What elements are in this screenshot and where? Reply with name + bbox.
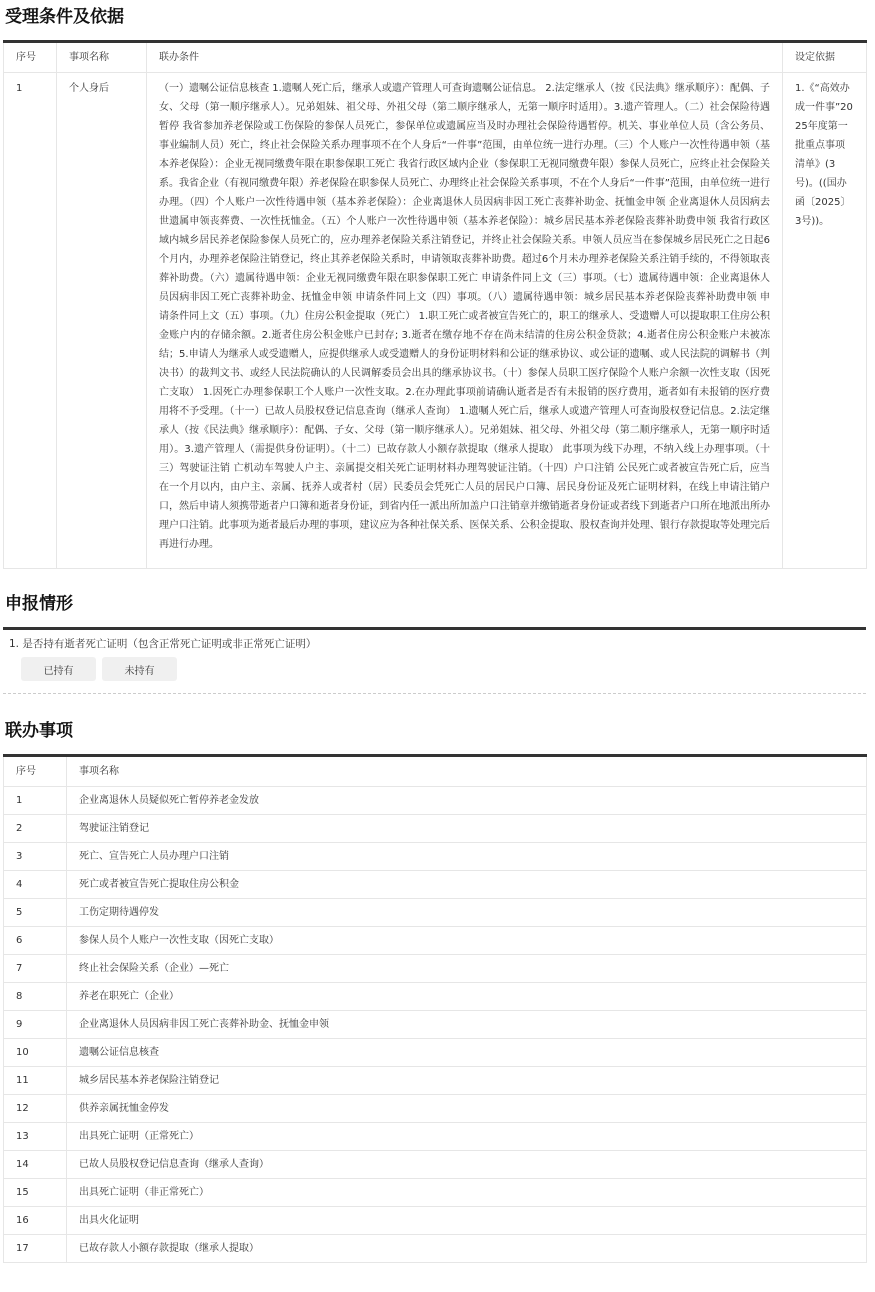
row-item-name: 遗嘱公证信息核查 [67,1039,867,1067]
dashed-divider [3,693,866,694]
table-row: 6参保人员个人账户一次性支取（因死亡支取） [4,927,867,955]
conditions-section-title: 受理条件及依据 [3,0,869,40]
table-row: 14已故人员股权登记信息查询（继承人查询） [4,1151,867,1179]
table-row: 1 个人身后 （一）遗嘱公证信息核查 1.遗嘱人死亡后，继承人或遗产管理人可查询… [4,73,867,569]
table-row: 12供养亲属抚恤金停发 [4,1095,867,1123]
row-index: 12 [4,1095,67,1123]
column-header-item-name: 事项名称 [67,756,867,787]
row-item-name: 死亡、宣告死亡人员办理户口注销 [67,843,867,871]
row-item-name: 已故人员股权登记信息查询（继承人查询） [67,1151,867,1179]
table-row: 9企业离退休人员因病非因工死亡丧葬补助金、抚恤金申领 [4,1011,867,1039]
joint-items-header-row: 序号 事项名称 [4,756,867,787]
declaration-section-title: 申报情形 [3,587,869,627]
table-row: 1企业离退休人员疑似死亡暂停养老金发放 [4,787,867,815]
row-index: 9 [4,1011,67,1039]
question-label: 1. 是否持有逝者死亡证明（包含正常死亡证明或非正常死亡证明） [9,635,866,653]
table-row: 17已故存款人小额存款提取（继承人提取） [4,1235,867,1263]
row-index: 3 [4,843,67,871]
row-legal-basis: 1.《“高效办成一件事”2025年度第一批重点事项清单》(3号)。((国办函〔2… [783,73,867,569]
row-item-name: 出具死亡证明（正常死亡） [67,1123,867,1151]
row-index: 15 [4,1179,67,1207]
row-index: 1 [4,73,57,569]
column-header-index: 序号 [4,756,67,787]
row-index: 4 [4,871,67,899]
table-row: 10遗嘱公证信息核查 [4,1039,867,1067]
question-options: 已持有 未持有 [9,653,866,691]
joint-items-section-title: 联办事项 [3,714,869,754]
table-row: 2驾驶证注销登记 [4,815,867,843]
row-index: 6 [4,927,67,955]
table-row: 16出具火化证明 [4,1207,867,1235]
row-item-name: 企业离退休人员疑似死亡暂停养老金发放 [67,787,867,815]
row-item-name: 企业离退休人员因病非因工死亡丧葬补助金、抚恤金申领 [67,1011,867,1039]
conditions-table: 序号 事项名称 联办条件 设定依据 1 个人身后 （一）遗嘱公证信息核查 1.遗… [3,40,867,569]
table-row: 7终止社会保险关系（企业）—死亡 [4,955,867,983]
row-index: 14 [4,1151,67,1179]
row-item-name: 驾驶证注销登记 [67,815,867,843]
row-item-name: 城乡居民基本养老保险注销登记 [67,1067,867,1095]
row-index: 1 [4,787,67,815]
table-row: 3死亡、宣告死亡人员办理户口注销 [4,843,867,871]
row-index: 16 [4,1207,67,1235]
row-item-name: 工伤定期待遇停发 [67,899,867,927]
row-joint-conditions: （一）遗嘱公证信息核查 1.遗嘱人死亡后，继承人或遗产管理人可查询遗嘱公证信息。… [147,73,783,569]
row-index: 11 [4,1067,67,1095]
conditions-header-row: 序号 事项名称 联办条件 设定依据 [4,42,867,73]
declaration-panel: 1. 是否持有逝者死亡证明（包含正常死亡证明或非正常死亡证明） 已持有 未持有 [3,627,866,691]
row-index: 8 [4,983,67,1011]
page: 受理条件及依据 序号 事项名称 联办条件 设定依据 1 个人身后 （一）遗嘱公证… [0,0,869,1263]
row-item-name: 个人身后 [57,73,147,569]
row-item-name: 出具死亡证明（非正常死亡） [67,1179,867,1207]
row-index: 17 [4,1235,67,1263]
row-item-name: 养老在职死亡（企业） [67,983,867,1011]
table-row: 5工伤定期待遇停发 [4,899,867,927]
joint-items-table: 序号 事项名称 1企业离退休人员疑似死亡暂停养老金发放 2驾驶证注销登记 3死亡… [3,754,867,1263]
column-header-legal-basis: 设定依据 [783,42,867,73]
row-item-name: 已故存款人小额存款提取（继承人提取） [67,1235,867,1263]
column-header-index: 序号 [4,42,57,73]
column-header-joint-conditions: 联办条件 [147,42,783,73]
table-row: 15出具死亡证明（非正常死亡） [4,1179,867,1207]
row-item-name: 死亡或者被宣告死亡提取住房公积金 [67,871,867,899]
row-item-name: 终止社会保险关系（企业）—死亡 [67,955,867,983]
row-item-name: 参保人员个人账户一次性支取（因死亡支取） [67,927,867,955]
table-row: 8养老在职死亡（企业） [4,983,867,1011]
column-header-item-name: 事项名称 [57,42,147,73]
row-index: 13 [4,1123,67,1151]
option-no-certificate-button[interactable]: 未持有 [102,657,177,681]
row-index: 2 [4,815,67,843]
row-index: 10 [4,1039,67,1067]
table-row: 4死亡或者被宣告死亡提取住房公积金 [4,871,867,899]
row-index: 7 [4,955,67,983]
table-row: 11城乡居民基本养老保险注销登记 [4,1067,867,1095]
row-item-name: 出具火化证明 [67,1207,867,1235]
option-has-certificate-button[interactable]: 已持有 [21,657,96,681]
table-row: 13出具死亡证明（正常死亡） [4,1123,867,1151]
row-index: 5 [4,899,67,927]
row-item-name: 供养亲属抚恤金停发 [67,1095,867,1123]
